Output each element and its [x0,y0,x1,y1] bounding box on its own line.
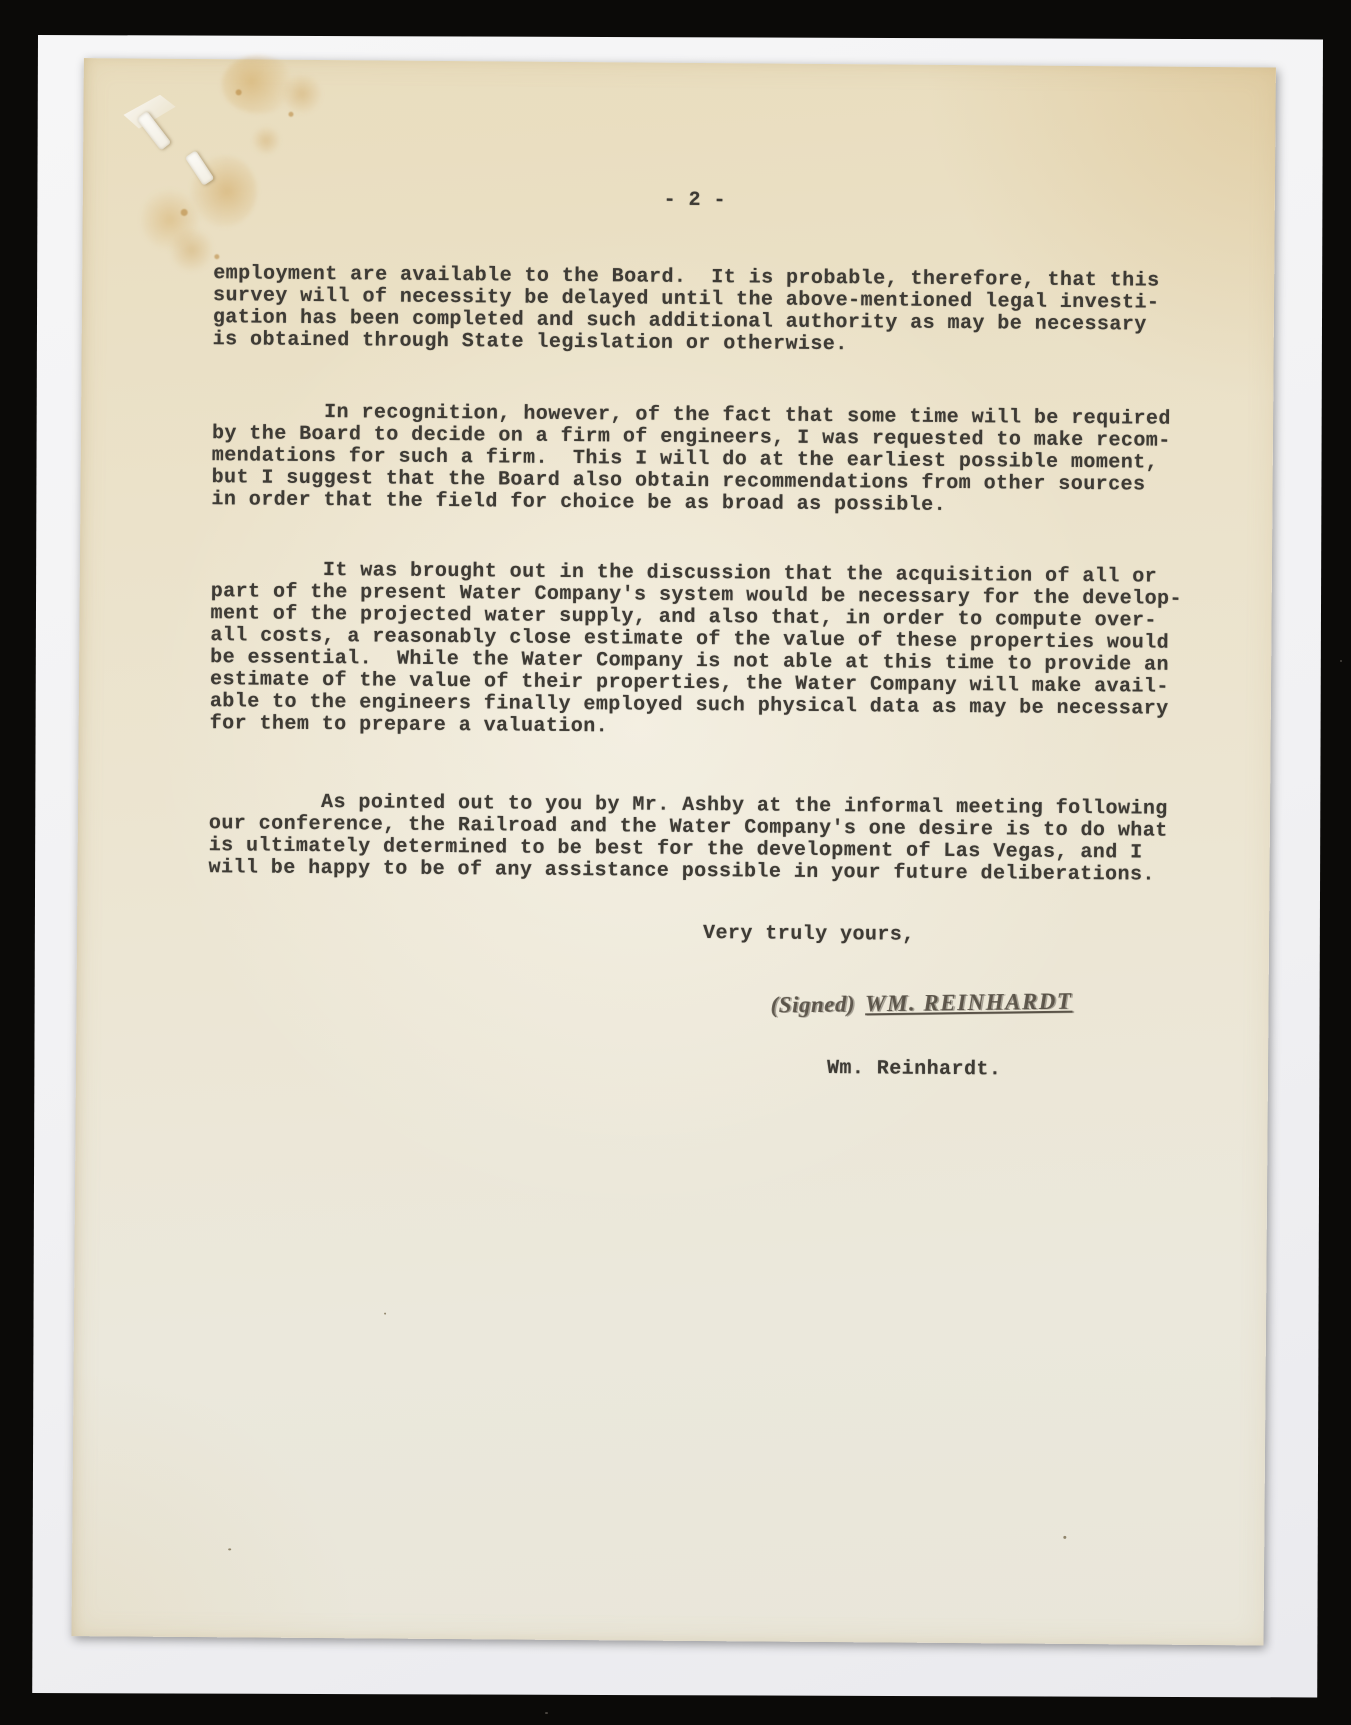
paragraph-1: employment are available to the Board. I… [213,263,1204,359]
dust-speck [545,1712,548,1714]
paragraph-4: As pointed out to you by Mr. Ashby at th… [208,791,1199,887]
stain-freckle [214,254,219,259]
paper-speck [384,1313,386,1315]
paragraph-2: In recognition, however, of the fact tha… [211,401,1202,519]
dust-speck [1340,660,1342,662]
paper-speck [1063,1536,1066,1539]
letter-page: - 2 - employment are available to the Bo… [72,58,1276,1645]
letter-body: employment are available to the Board. I… [207,263,1203,1083]
stamp-name: WM. REINHARDT [865,989,1073,1017]
paper-speck [228,1548,231,1550]
stamp-signed-label: (Signed) [770,991,855,1017]
backing-sheet: - 2 - employment are available to the Bo… [32,35,1323,1697]
stain-freckle [236,89,242,95]
scanned-letter-screenshot: { "document": { "page_number": "- 2 -", … [0,0,1351,1725]
stain-mark [251,125,281,155]
signature-stamp: (Signed)WM. REINHARDT [770,985,1197,1021]
stain-freckle [288,112,293,117]
typed-name: Wm. Reinhardt. [827,1058,1197,1083]
stain-mark [168,227,214,273]
page-number: - 2 - [214,186,1176,216]
stain-mark [279,74,323,114]
paragraph-3: It was brought out in the discussion tha… [210,559,1201,743]
stain-freckle [181,209,188,216]
closing-phrase: Very truly yours, [703,923,1198,949]
